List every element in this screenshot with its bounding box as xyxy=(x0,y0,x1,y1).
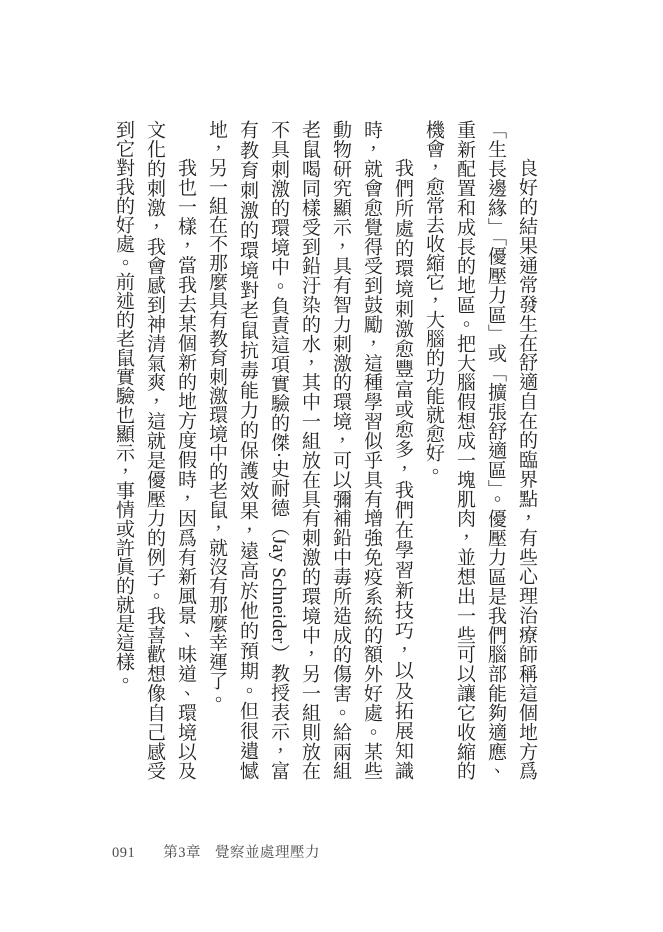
book-page: 良好的結果通常發生在舒適自在的臨界點，有些心理治療師稱這個地方爲「生長邊緣」「優… xyxy=(0,0,663,932)
chapter-label: 第3章 xyxy=(163,845,201,861)
paragraph-2: 我們所處的環境刺激愈豐富或愈多，我們在學習新技巧，以及拓展知識時，就會愈覺得受到… xyxy=(201,120,418,780)
paragraph-3: 我也一樣，當我去某個新的地方度假時，因爲有新風景、味道、環境以及文化的刺激，我會… xyxy=(108,120,201,780)
page-number: 091 xyxy=(112,845,135,861)
chapter-title: 覺察並處理壓力 xyxy=(215,845,320,861)
body-text: 良好的結果通常發生在舒適自在的臨界點，有些心理治療師稱這個地方爲「生長邊緣」「優… xyxy=(100,120,542,780)
page-footer: 091第3章覺察並處理壓力 xyxy=(112,841,320,862)
paragraph-1: 良好的結果通常發生在舒適自在的臨界點，有些心理治療師稱這個地方爲「生長邊緣」「優… xyxy=(418,120,542,780)
